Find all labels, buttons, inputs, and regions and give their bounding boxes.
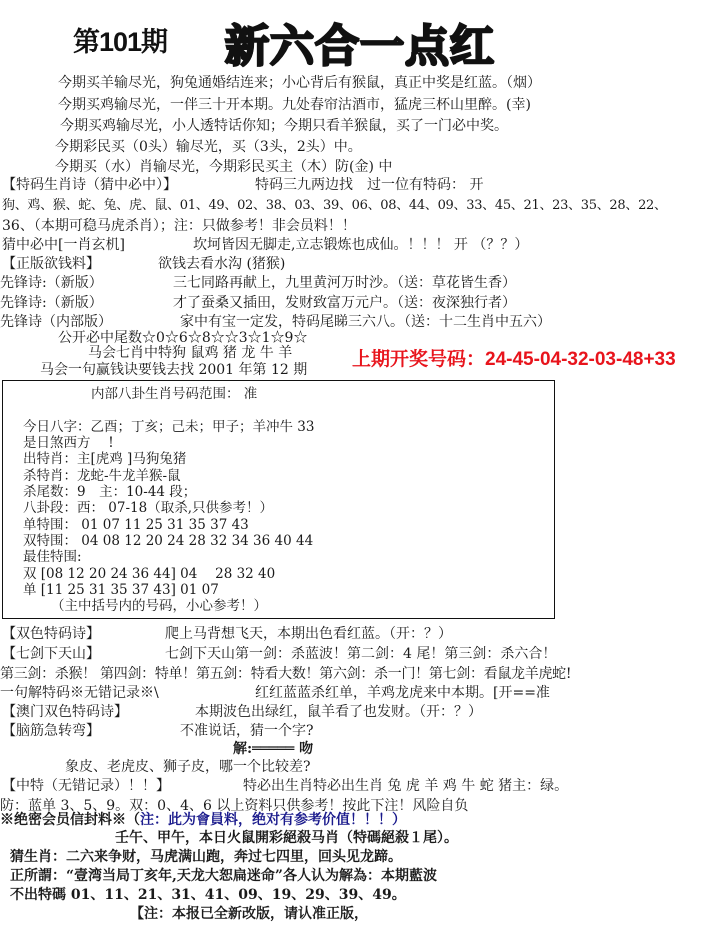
tema-list-line-1: 狗、鸡、猴、蛇、兔、虎、鼠、01、49、02、38、03、39、06、08、44… xyxy=(2,197,667,215)
tema-poem-label: 【特码生肖诗（猜中必中）】 xyxy=(2,176,177,194)
naojin-text: 不准说话，猜一个字? xyxy=(180,722,314,740)
xianfeng-text-1: 三七同路再献上，九里黄河万时沙。（送：草花皆生香） xyxy=(173,274,516,292)
bagua-dan: 单 [11 25 31 35 37 43] 01 07 xyxy=(23,582,219,598)
member-label: ※绝密会员信封料※（ xyxy=(0,812,140,828)
footer-line-3: 正所謂：“壹湾当局丁亥年,天龙大恕扁迷命”各人认为解為：本期藍波 xyxy=(10,867,437,885)
page-title: 新六合一点红 xyxy=(225,10,495,74)
qijian-line-2: 第三剑：杀猴！ 第四剑：特单！第五剑：特看大数！第六剑：杀一门！第七剑：看鼠龙羊… xyxy=(0,665,571,683)
bagua-title: 内部八卦生肖号码范围： 准 xyxy=(91,386,257,402)
shuangse-label: 【双色特码诗】 xyxy=(2,625,100,643)
poem-line-2: 今期买鸡输尽光，一伴三十开本期。九处春帘沽酒市，猛虎三杯山里醉。(幸) xyxy=(58,96,531,114)
xianfeng-label-1: 先锋诗:（新版） xyxy=(0,274,103,292)
bagua-shuangte: 双特围： 04 08 12 20 24 28 32 34 36 40 44 xyxy=(23,533,313,549)
naojin-riddle: 象皮、老虎皮、狮子皮，哪一个比较差? xyxy=(65,758,311,776)
aomen-text: 本期波色出绿红，鼠羊看了也发财。（开：？） xyxy=(195,703,482,721)
yiju-jie-label: 一句解特码※无错记录※\ xyxy=(0,684,159,702)
poem-line-4: 今期彩民买（0头）输尽光，买（3头，2头）中。 xyxy=(55,138,362,156)
bagua-shaweishu: 杀尾数：9 主：10-44 段； xyxy=(23,484,196,500)
footer-line-1: 壬午、甲午，本日火鼠開彩絕殺马肖（特碼絕殺１尾）。 xyxy=(115,829,458,847)
footer-line-4: 不出特碼 01、11、21、31、41、09、19、29、39、49。 xyxy=(10,886,406,904)
naojin-answer: 解:═════ 吻 xyxy=(233,740,313,758)
footer-line-5: 【注：本报已全新改版，请认准正版， xyxy=(130,905,368,923)
last-draw-numbers: 24-45-04-32-03-48+33 xyxy=(485,349,676,370)
zhongte-text: 特必出生肖特必出生肖 兔 虎 羊 鸡 牛 蛇 猪主：绿。 xyxy=(243,777,568,795)
yixiao-text: 坎坷皆因无脚走,立志锻炼也成仙。！！！ 开 （？？） xyxy=(193,236,528,254)
member-note: 注：此为會員料，绝对有参考价值！！！） xyxy=(140,812,406,828)
shuangse-text: 爬上马背想飞天，本期出色看红蓝。（开：？） xyxy=(165,625,452,643)
poem-line-5: 今期买（水）肖输尽光，今期彩民买主（木）防(金) 中 xyxy=(55,158,392,176)
last-draw-label: 上期开奖号码： xyxy=(352,349,485,370)
aomen-label: 【澳门双色特码诗】 xyxy=(2,703,128,721)
bagua-chutexiao: 出特肖：主[虎鸡 ]马狗兔猪 xyxy=(23,451,186,467)
poem-line-3: 今期买鸡输尽光，小人透特话你知；今期只看羊猴鼠，买了一门必中奖。 xyxy=(60,117,508,135)
bagua-sha: 是日煞西方 ! xyxy=(23,435,114,451)
member-line: ※绝密会员信封料※（注：此为會員料，绝对有参考价值！！！） xyxy=(0,811,406,829)
naojin-label: 【脑筋急转弯】 xyxy=(2,722,100,740)
bagua-dante: 单特围： 01 07 11 25 31 35 37 43 xyxy=(23,517,249,533)
bagua-zuijia: 最佳特围: xyxy=(23,549,82,565)
last-draw-result: 上期开奖号码：24-45-04-32-03-48+33 xyxy=(352,344,676,371)
xianfeng-label-2: 先锋诗:（新版） xyxy=(0,294,103,312)
bagua-baguaduan: 八卦段：西： 07-18（取杀,只供参考！） xyxy=(23,500,273,516)
xianfeng-text-2: 才了蚕桑又插田，发财致富万元户。（送：夜深独行者） xyxy=(173,294,516,312)
bagua-shatexiao: 杀特肖：龙蛇-牛龙羊猴-鼠 xyxy=(23,468,181,484)
issue-number: 第101期 xyxy=(73,20,167,59)
qianliao-label: 【正版欲钱料】 xyxy=(2,255,100,273)
poem-line-1: 今期买羊输尽光，狗兔通婚结连来；小心背后有猴鼠，真正中奖是红蓝。（烟） xyxy=(58,74,541,92)
footer-line-2: 猜生肖：二六来争财，马虎满山跑，奔过七四里，回头见龙蹄。 xyxy=(10,848,402,866)
yixiao-label: 猜中必中[一肖玄机] xyxy=(2,236,125,254)
bagua-note: （主中括号内的号码，小心参考！） xyxy=(51,598,267,614)
tema-poem-text: 特码三九两边找 过一位有特码： 开 xyxy=(255,176,483,194)
tema-list-line-2: 36、（本期可稳马虎杀肖）；注：只做参考！非会员料！！ xyxy=(2,217,356,235)
qijian-label: 【七剑下天山】 xyxy=(2,645,100,663)
yiju-jie-text: 红红蓝蓝杀红单，羊鸡龙虎来中本期。[开==准 xyxy=(255,684,550,702)
qijian-text: 七剑下天山第一剑：杀蓝波！第二剑：4 尾！第三剑：杀六合！ xyxy=(165,645,556,663)
bagua-shuang: 双 [08 12 20 24 36 44] 04 28 32 40 xyxy=(23,566,275,582)
mahui-qixiao: 马会七肖中特狗 鼠鸡 猪 龙 牛 羊 xyxy=(88,344,292,362)
bagua-box: 内部八卦生肖号码范围： 准 今日八字：乙酉；丁亥；己未；甲子；羊冲牛 33 是日… xyxy=(2,380,555,619)
mahui-yiju: 马会一句赢钱诀要钱去找 2001 年第 12 期 xyxy=(40,361,307,379)
qianliao-text: 欲钱去看水沟 (猪猴) xyxy=(158,255,285,273)
bagua-bazi: 今日八字：乙酉；丁亥；己未；甲子；羊冲牛 33 xyxy=(23,419,314,435)
zhongte-label: 【中特（无错记录）！！】 xyxy=(2,777,170,795)
